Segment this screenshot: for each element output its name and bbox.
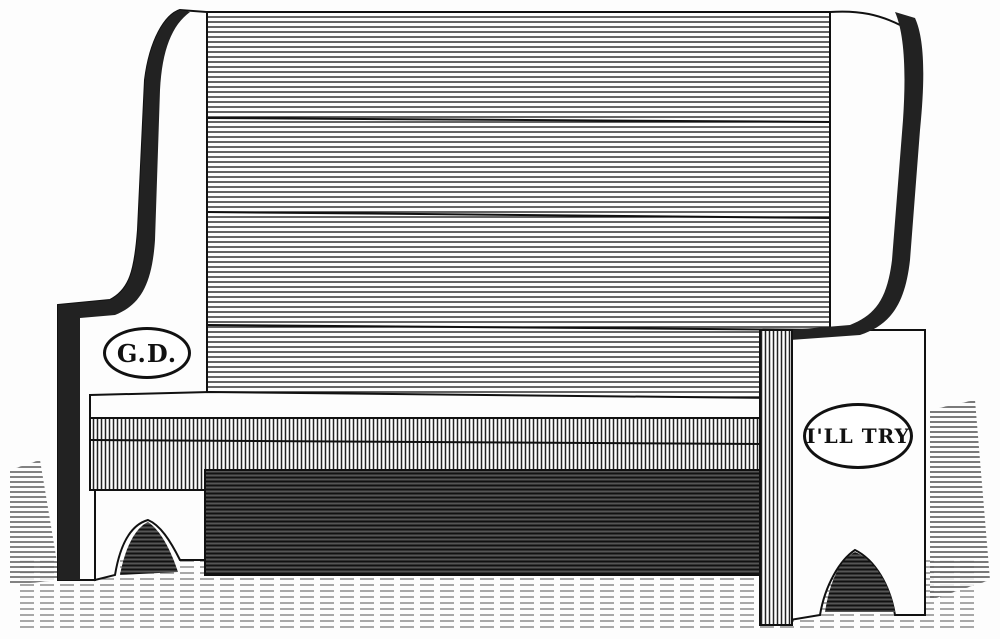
under-seat	[205, 470, 765, 575]
motto-text: I'LL TRY	[806, 424, 910, 448]
right-front-post	[760, 330, 792, 625]
motto-plaque: I'LL TRY	[803, 403, 913, 469]
bench-illustration	[0, 0, 1000, 639]
right-shadow	[930, 400, 990, 600]
back-panel	[205, 12, 835, 407]
initials-plaque: G.D.	[103, 327, 191, 379]
seat-top	[90, 392, 770, 420]
left-shadow	[10, 460, 60, 585]
engraving-canvas: G.D. I'LL TRY	[0, 0, 1000, 639]
initials-text: G.D.	[117, 339, 177, 368]
